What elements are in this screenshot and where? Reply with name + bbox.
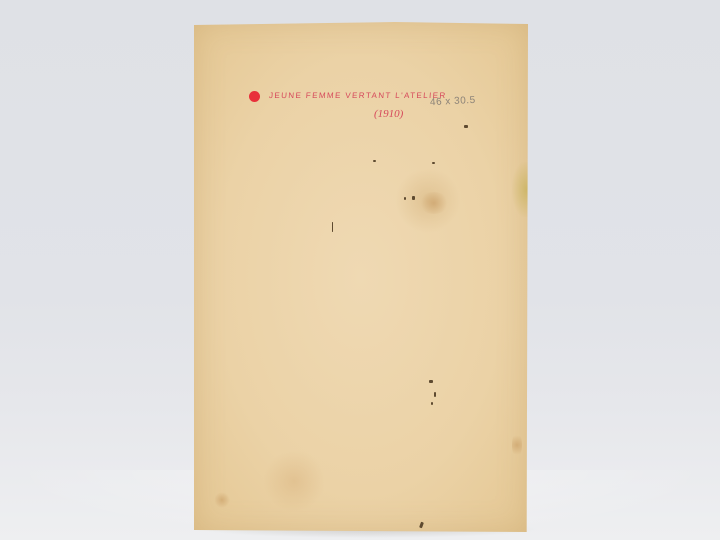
speck <box>431 402 433 405</box>
speck <box>332 222 333 232</box>
inscription-dimensions: 46 x 30.5 <box>430 95 476 108</box>
speck <box>429 380 433 383</box>
brown-stain <box>419 192 449 214</box>
green-stain <box>512 162 530 217</box>
red-marker-dot <box>249 91 260 102</box>
speck <box>412 196 415 200</box>
speck <box>419 522 424 529</box>
speck <box>373 160 376 162</box>
speck <box>404 197 406 200</box>
speck <box>432 162 435 164</box>
artwork-back-board: JEUNE FEMME VERTANT L'ATELIER (1910) 46 … <box>194 22 528 532</box>
speck <box>464 125 468 128</box>
speck <box>434 392 436 397</box>
brown-stain <box>214 492 230 508</box>
inscription-year: (1910) <box>374 108 403 120</box>
brown-stain <box>512 432 522 458</box>
inscription-title: JEUNE FEMME VERTANT L'ATELIER <box>269 91 447 100</box>
